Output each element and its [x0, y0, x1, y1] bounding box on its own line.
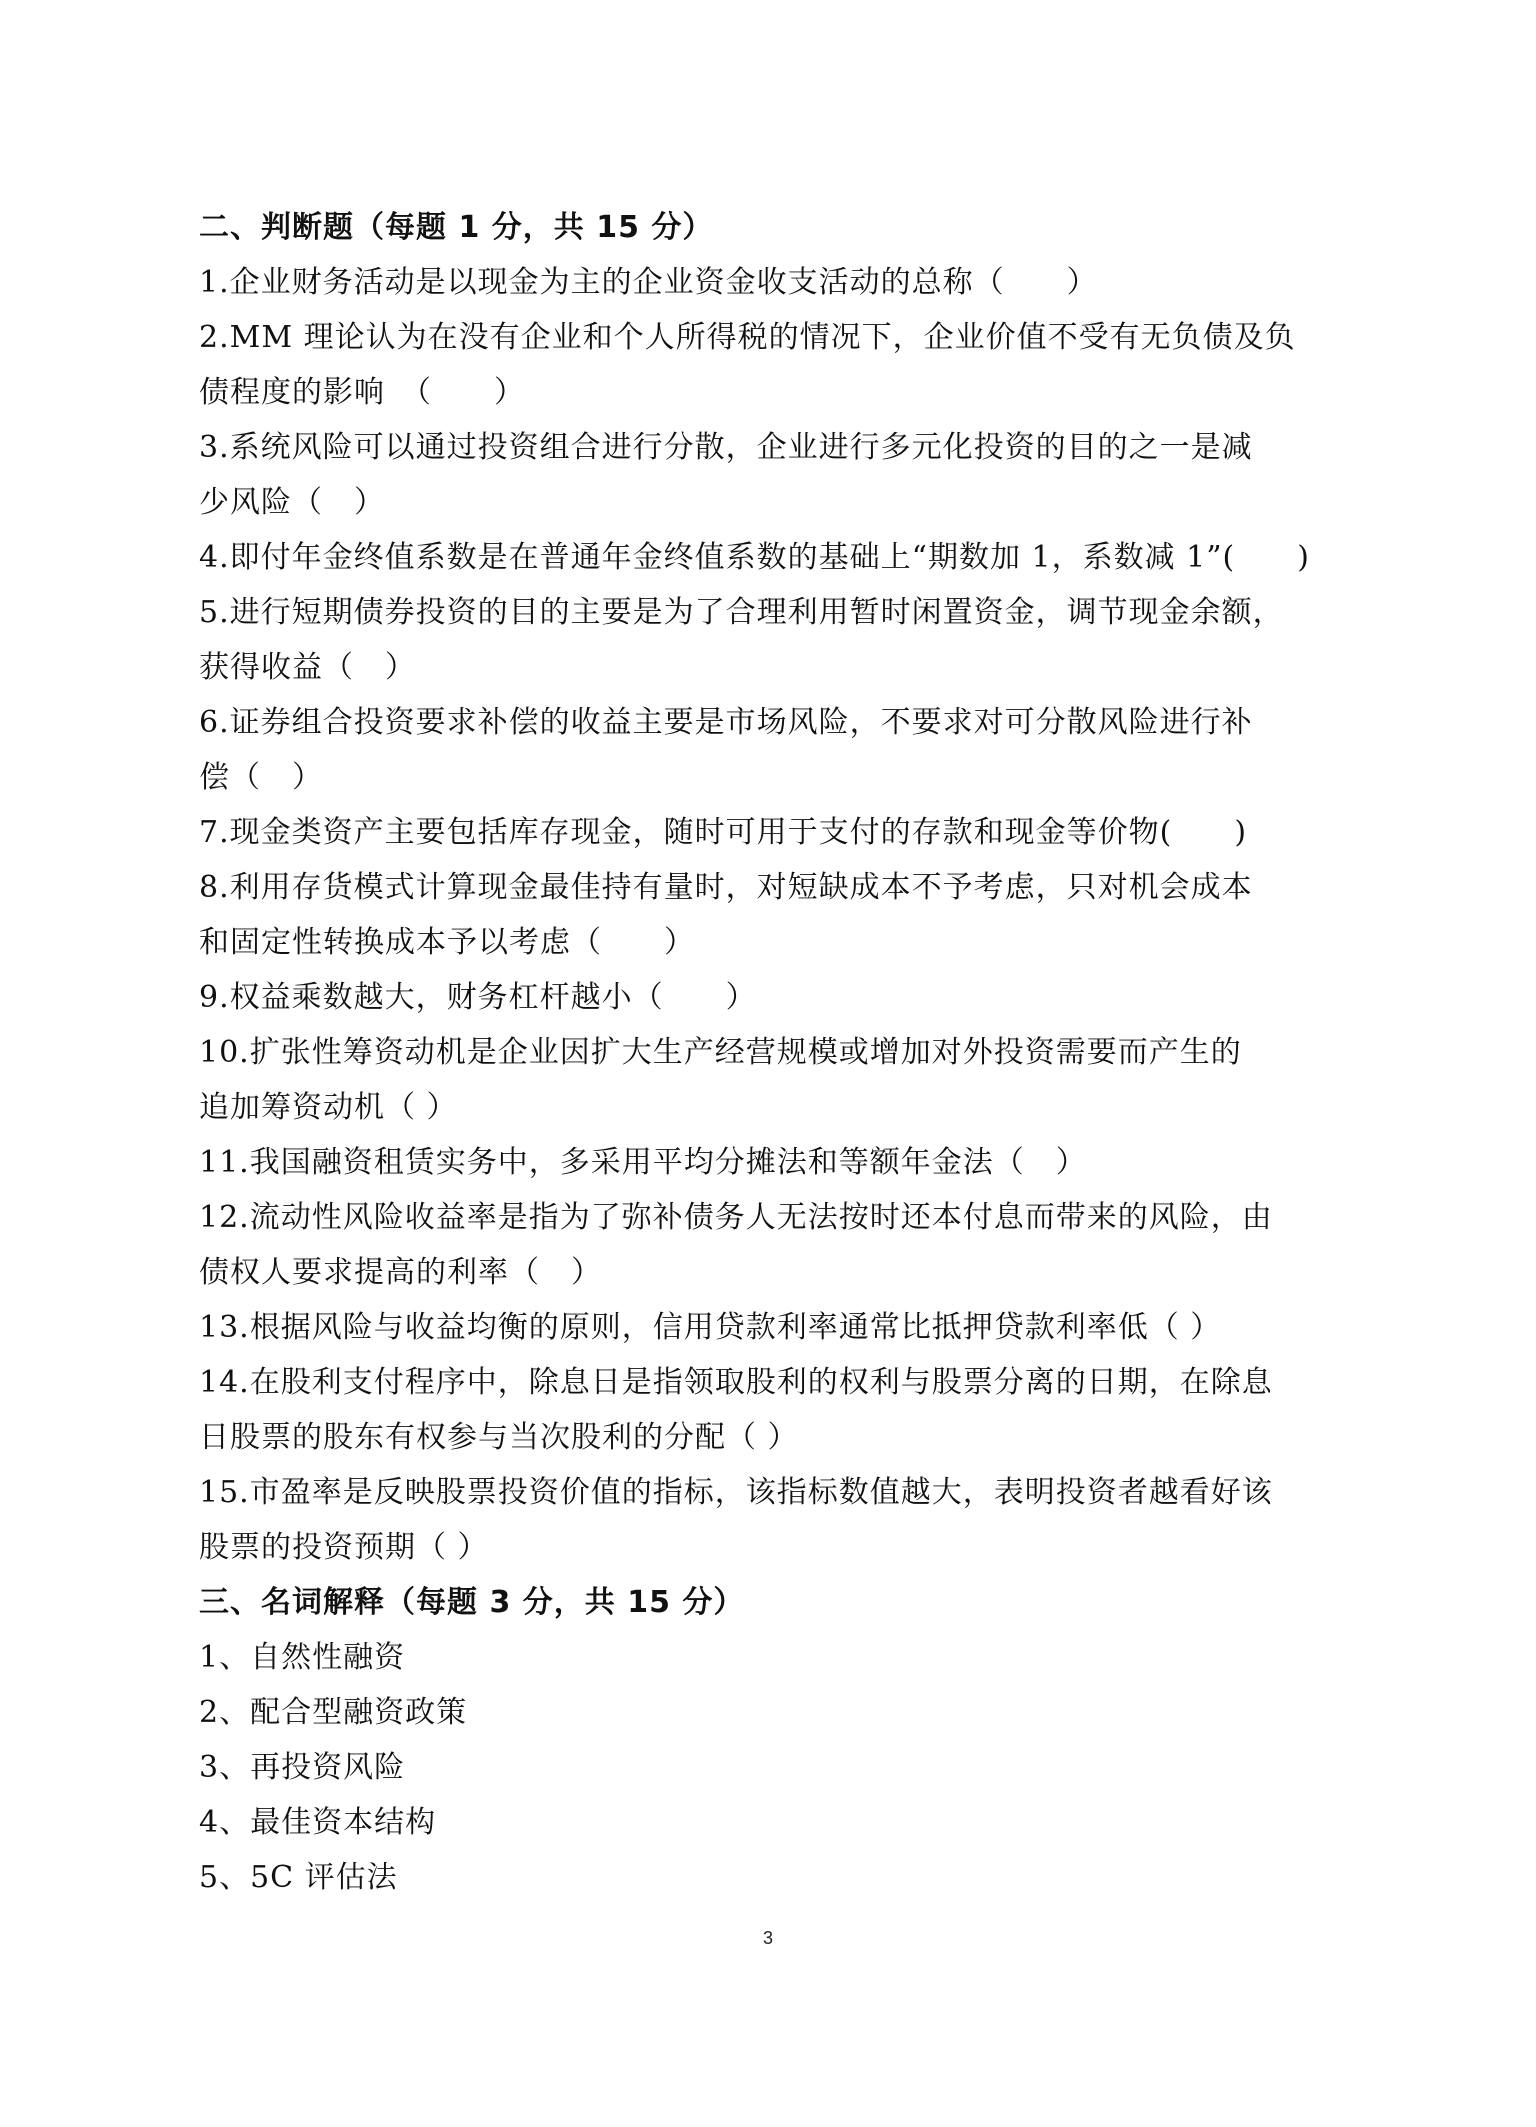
- question-line: 日股票的股东有权参与当次股利的分配（ ）: [199, 1410, 1359, 1465]
- term-item: 4、最佳资本结构: [199, 1795, 1359, 1850]
- question-line: 债程度的影响 （ ）: [199, 365, 1359, 420]
- question-line: 6.证券组合投资要求补偿的收益主要是市场风险，不要求对可分散风险进行补: [199, 695, 1359, 750]
- question-line: 15.市盈率是反映股票投资价值的指标，该指标数值越大，表明投资者越看好该: [199, 1465, 1359, 1520]
- term-item: 1、自然性融资: [199, 1630, 1359, 1685]
- question-line: 和固定性转换成本予以考虑（ ）: [199, 915, 1359, 970]
- question-line: 4.即付年金终值系数是在普通年金终值系数的基础上“期数加 1，系数减 1”( ): [199, 530, 1359, 585]
- question-line: 偿（ ）: [199, 750, 1359, 805]
- question-line: 追加筹资动机（ ）: [199, 1080, 1359, 1135]
- question-line: 3.系统风险可以通过投资组合进行分散，企业进行多元化投资的目的之一是减: [199, 420, 1359, 475]
- page-number: 3: [0, 1928, 1536, 1949]
- document-page: 二、判断题（每题 1 分，共 15 分） 1.企业财务活动是以现金为主的企业资金…: [199, 200, 1359, 1905]
- question-line: 1.企业财务活动是以现金为主的企业资金收支活动的总称（ ）: [199, 255, 1359, 310]
- question-line: 12.流动性风险收益率是指为了弥补债务人无法按时还本付息而带来的风险，由: [199, 1190, 1359, 1245]
- term-item: 3、再投资风险: [199, 1740, 1359, 1795]
- question-line: 9.权益乘数越大，财务杠杆越小（ ）: [199, 970, 1359, 1025]
- question-line: 8.利用存货模式计算现金最佳持有量时，对短缺成本不予考虑，只对机会成本: [199, 860, 1359, 915]
- question-line: 7.现金类资产主要包括库存现金，随时可用于支付的存款和现金等价物( ): [199, 805, 1359, 860]
- question-line: 5.进行短期债券投资的目的主要是为了合理利用暂时闲置资金，调节现金余额，: [199, 585, 1359, 640]
- section-heading-term-definitions: 三、名词解释（每题 3 分，共 15 分）: [199, 1575, 1359, 1630]
- question-line: 少风险（ ）: [199, 475, 1359, 530]
- section-heading-true-false: 二、判断题（每题 1 分，共 15 分）: [199, 200, 1359, 255]
- term-item: 2、配合型融资政策: [199, 1685, 1359, 1740]
- question-line: 13.根据风险与收益均衡的原则，信用贷款利率通常比抵押贷款利率低（ ）: [199, 1300, 1359, 1355]
- question-line: 债权人要求提高的利率（ ）: [199, 1245, 1359, 1300]
- question-line: 11.我国融资租赁实务中，多采用平均分摊法和等额年金法（ ）: [199, 1135, 1359, 1190]
- question-line: 股票的投资预期（ ）: [199, 1520, 1359, 1575]
- question-line: 10.扩张性筹资动机是企业因扩大生产经营规模或增加对外投资需要而产生的: [199, 1025, 1359, 1080]
- question-line: 14.在股利支付程序中，除息日是指领取股利的权利与股票分离的日期，在除息: [199, 1355, 1359, 1410]
- question-line: 获得收益（ ）: [199, 640, 1359, 695]
- term-item: 5、5C 评估法: [199, 1850, 1359, 1905]
- question-line: 2.MM 理论认为在没有企业和个人所得税的情况下，企业价值不受有无负债及负: [199, 310, 1359, 365]
